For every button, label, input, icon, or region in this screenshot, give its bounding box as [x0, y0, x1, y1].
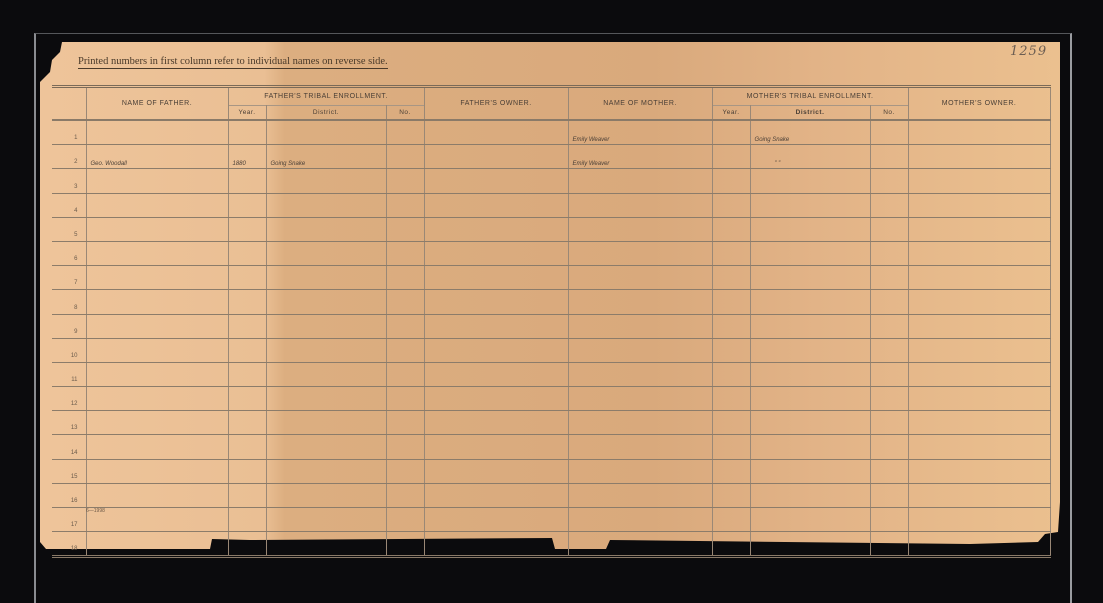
header-fathers-enrollment: FATHER'S TRIBAL ENROLLMENT. — [228, 87, 424, 106]
mother-owner-cell — [908, 483, 1050, 507]
row-number: 9 — [52, 314, 86, 338]
header-fathers-owner: FATHER'S OWNER. — [424, 87, 568, 121]
father-year-cell — [228, 508, 266, 532]
father-owner-cell — [424, 411, 568, 435]
mother-district-cell: Going Snake — [750, 120, 870, 145]
father-year-cell — [228, 217, 266, 241]
father-year-cell — [228, 193, 266, 217]
mother-name-cell — [568, 459, 712, 483]
mother-no-cell — [870, 532, 908, 557]
mother-owner-cell — [908, 120, 1050, 145]
mother-owner-cell — [908, 290, 1050, 314]
father-district-cell — [266, 483, 386, 507]
row-number: 7 — [52, 266, 86, 290]
father-owner-cell — [424, 193, 568, 217]
father-no-cell — [386, 169, 424, 193]
father-year-cell — [228, 266, 266, 290]
mother-year-cell — [712, 411, 750, 435]
mother-no-cell — [870, 362, 908, 386]
father-year-cell — [228, 532, 266, 557]
mother-owner-cell — [908, 411, 1050, 435]
mother-name-cell: Emily Weaver — [568, 145, 712, 169]
father-name-cell — [86, 411, 228, 435]
father-district-cell — [266, 435, 386, 459]
mother-name-cell — [568, 169, 712, 193]
father-no-cell — [386, 290, 424, 314]
father-name-cell — [86, 435, 228, 459]
mother-district-cell — [750, 217, 870, 241]
father-name-cell — [86, 508, 228, 532]
mother-name-cell — [568, 362, 712, 386]
father-owner-cell — [424, 459, 568, 483]
father-year-cell — [228, 483, 266, 507]
mother-year-cell — [712, 532, 750, 557]
father-owner-cell — [424, 241, 568, 265]
mother-no-cell — [870, 459, 908, 483]
row-number: 13 — [52, 411, 86, 435]
mother-owner-cell — [908, 362, 1050, 386]
father-district-cell — [266, 532, 386, 557]
mother-name-cell — [568, 435, 712, 459]
mother-no-cell — [870, 483, 908, 507]
mother-no-cell — [870, 145, 908, 169]
mother-owner-cell — [908, 435, 1050, 459]
father-owner-cell — [424, 362, 568, 386]
table-row: 1Emily WeaverGoing Snake — [52, 120, 1050, 145]
mother-name-cell — [568, 338, 712, 362]
mother-owner-cell — [908, 459, 1050, 483]
mother-year-cell — [712, 435, 750, 459]
mother-year-cell — [712, 459, 750, 483]
mother-year-cell — [712, 362, 750, 386]
father-name-cell: Geo. Woodall — [86, 145, 228, 169]
mother-no-cell — [870, 387, 908, 411]
mother-district-cell — [750, 435, 870, 459]
mother-no-cell — [870, 290, 908, 314]
table-row: 15 — [52, 459, 1050, 483]
mother-year-cell — [712, 266, 750, 290]
table-row: 13 — [52, 411, 1050, 435]
father-year-cell — [228, 411, 266, 435]
mother-name-cell — [568, 314, 712, 338]
father-no-cell — [386, 120, 424, 145]
mother-owner-cell — [908, 169, 1050, 193]
father-name-cell — [86, 266, 228, 290]
mother-owner-cell — [908, 241, 1050, 265]
row-number: 18 — [52, 532, 86, 557]
father-owner-cell — [424, 266, 568, 290]
header-mothers-owner: MOTHER'S OWNER. — [908, 87, 1050, 121]
mother-no-cell — [870, 193, 908, 217]
table-row: 14 — [52, 435, 1050, 459]
father-no-cell — [386, 387, 424, 411]
father-owner-cell — [424, 290, 568, 314]
table-row: 18 — [52, 532, 1050, 557]
mother-owner-cell — [908, 387, 1050, 411]
mother-year-cell — [712, 193, 750, 217]
header-name-of-mother: NAME OF MOTHER. — [568, 87, 712, 121]
mother-year-cell — [712, 241, 750, 265]
father-district-cell — [266, 508, 386, 532]
father-no-cell — [386, 508, 424, 532]
mother-owner-cell — [908, 338, 1050, 362]
mother-no-cell — [870, 169, 908, 193]
mother-district-cell — [750, 169, 870, 193]
father-owner-cell — [424, 387, 568, 411]
father-name-cell — [86, 338, 228, 362]
reverse-side-notice: Printed numbers in first column refer to… — [78, 56, 388, 69]
father-district-cell — [266, 241, 386, 265]
mother-year-cell — [712, 314, 750, 338]
father-name-cell — [86, 532, 228, 557]
row-number: 10 — [52, 338, 86, 362]
father-owner-cell — [424, 169, 568, 193]
enrollment-table: NAME OF FATHER. FATHER'S TRIBAL ENROLLME… — [52, 85, 1051, 558]
mother-name-cell — [568, 483, 712, 507]
father-year-cell — [228, 459, 266, 483]
row-number: 17 — [52, 508, 86, 532]
father-owner-cell — [424, 435, 568, 459]
form-code: 6—1998 — [86, 508, 105, 514]
table-row: 11 — [52, 362, 1050, 386]
mother-name-cell — [568, 217, 712, 241]
header-mother-no: No. — [870, 106, 908, 121]
mother-no-cell — [870, 435, 908, 459]
header-mother-district: District. — [750, 106, 870, 121]
father-year-cell — [228, 241, 266, 265]
table-row: 10 — [52, 338, 1050, 362]
father-district-cell — [266, 387, 386, 411]
mother-name-cell — [568, 387, 712, 411]
mother-no-cell — [870, 120, 908, 145]
father-name-cell — [86, 241, 228, 265]
father-no-cell — [386, 314, 424, 338]
father-no-cell — [386, 362, 424, 386]
father-no-cell — [386, 241, 424, 265]
row-number: 1 — [52, 120, 86, 145]
mother-year-cell — [712, 508, 750, 532]
table-row: 3 — [52, 169, 1050, 193]
table-row: 5 — [52, 217, 1050, 241]
father-year-cell — [228, 314, 266, 338]
father-no-cell — [386, 193, 424, 217]
mother-district-cell — [750, 532, 870, 557]
header-father-year: Year. — [228, 106, 266, 121]
father-district-cell — [266, 120, 386, 145]
mother-owner-cell — [908, 314, 1050, 338]
header-father-district: District. — [266, 106, 386, 121]
row-number: 6 — [52, 241, 86, 265]
mother-district-cell — [750, 483, 870, 507]
table-row: 16 — [52, 483, 1050, 507]
header-mother-year: Year. — [712, 106, 750, 121]
father-name-cell — [86, 483, 228, 507]
father-no-cell — [386, 338, 424, 362]
mother-district-cell — [750, 387, 870, 411]
father-owner-cell — [424, 508, 568, 532]
mother-district-cell — [750, 459, 870, 483]
father-year-cell — [228, 435, 266, 459]
mother-year-cell — [712, 387, 750, 411]
father-year-cell — [228, 290, 266, 314]
table-row: 4 — [52, 193, 1050, 217]
mother-no-cell — [870, 508, 908, 532]
father-district-cell — [266, 290, 386, 314]
father-owner-cell — [424, 338, 568, 362]
header-name-of-father: NAME OF FATHER. — [86, 87, 228, 121]
father-year-cell — [228, 120, 266, 145]
mother-no-cell — [870, 266, 908, 290]
row-number: 8 — [52, 290, 86, 314]
mother-no-cell — [870, 338, 908, 362]
father-no-cell — [386, 266, 424, 290]
table-row: 2Geo. Woodall1880Going SnakeEmily Weaver… — [52, 145, 1050, 169]
mother-owner-cell — [908, 145, 1050, 169]
father-year-cell — [228, 169, 266, 193]
father-no-cell — [386, 145, 424, 169]
mother-year-cell — [712, 217, 750, 241]
father-owner-cell — [424, 314, 568, 338]
father-owner-cell — [424, 532, 568, 557]
father-name-cell — [86, 169, 228, 193]
mother-name-cell — [568, 266, 712, 290]
father-district-cell — [266, 362, 386, 386]
father-no-cell — [386, 217, 424, 241]
mother-year-cell — [712, 145, 750, 169]
row-number-header — [52, 87, 86, 121]
mother-owner-cell — [908, 532, 1050, 557]
father-district-cell — [266, 217, 386, 241]
mother-district-cell — [750, 241, 870, 265]
father-name-cell — [86, 290, 228, 314]
mother-owner-cell — [908, 508, 1050, 532]
mother-no-cell — [870, 217, 908, 241]
header-mothers-enrollment: MOTHER'S TRIBAL ENROLLMENT. — [712, 87, 908, 106]
table-row: 17 — [52, 508, 1050, 532]
table-row: 8 — [52, 290, 1050, 314]
table-row: 12 — [52, 387, 1050, 411]
mother-district-cell — [750, 314, 870, 338]
mother-no-cell — [870, 314, 908, 338]
mother-district-cell — [750, 338, 870, 362]
father-name-cell — [86, 314, 228, 338]
mother-district-cell: ” ” — [750, 145, 870, 169]
row-number: 11 — [52, 362, 86, 386]
header-father-no: No. — [386, 106, 424, 121]
father-year-cell: 1880 — [228, 145, 266, 169]
mother-district-cell — [750, 193, 870, 217]
mother-district-cell — [750, 508, 870, 532]
father-no-cell — [386, 435, 424, 459]
mother-owner-cell — [908, 266, 1050, 290]
father-owner-cell — [424, 483, 568, 507]
father-name-cell — [86, 217, 228, 241]
mother-name-cell — [568, 193, 712, 217]
mother-year-cell — [712, 338, 750, 362]
father-district-cell — [266, 169, 386, 193]
mother-name-cell — [568, 532, 712, 557]
father-district-cell: Going Snake — [266, 145, 386, 169]
mother-owner-cell — [908, 217, 1050, 241]
mother-name-cell — [568, 508, 712, 532]
father-owner-cell — [424, 217, 568, 241]
father-owner-cell — [424, 145, 568, 169]
father-year-cell — [228, 362, 266, 386]
mother-year-cell — [712, 290, 750, 314]
mother-district-cell — [750, 290, 870, 314]
father-district-cell — [266, 193, 386, 217]
table-row: 6 — [52, 241, 1050, 265]
mother-district-cell — [750, 266, 870, 290]
row-number: 2 — [52, 145, 86, 169]
father-district-cell — [266, 266, 386, 290]
row-number: 4 — [52, 193, 86, 217]
father-district-cell — [266, 314, 386, 338]
father-no-cell — [386, 483, 424, 507]
row-number: 12 — [52, 387, 86, 411]
table-row: 7 — [52, 266, 1050, 290]
father-name-cell — [86, 193, 228, 217]
father-no-cell — [386, 411, 424, 435]
table-row: 9 — [52, 314, 1050, 338]
row-number: 14 — [52, 435, 86, 459]
father-name-cell — [86, 459, 228, 483]
mother-year-cell — [712, 169, 750, 193]
serial-number: 1259 — [1010, 44, 1047, 59]
mother-year-cell — [712, 483, 750, 507]
row-number: 3 — [52, 169, 86, 193]
mother-name-cell — [568, 290, 712, 314]
mother-name-cell: Emily Weaver — [568, 120, 712, 145]
mother-no-cell — [870, 411, 908, 435]
mother-name-cell — [568, 241, 712, 265]
father-name-cell — [86, 120, 228, 145]
father-name-cell — [86, 387, 228, 411]
father-owner-cell — [424, 120, 568, 145]
mother-year-cell — [712, 120, 750, 145]
mother-owner-cell — [908, 193, 1050, 217]
mother-no-cell — [870, 241, 908, 265]
mother-name-cell — [568, 411, 712, 435]
father-district-cell — [266, 338, 386, 362]
row-number: 5 — [52, 217, 86, 241]
father-year-cell — [228, 387, 266, 411]
father-no-cell — [386, 459, 424, 483]
father-no-cell — [386, 532, 424, 557]
father-year-cell — [228, 338, 266, 362]
father-name-cell — [86, 362, 228, 386]
father-district-cell — [266, 411, 386, 435]
mother-district-cell — [750, 362, 870, 386]
mother-district-cell — [750, 411, 870, 435]
row-number: 15 — [52, 459, 86, 483]
father-district-cell — [266, 459, 386, 483]
row-number: 16 — [52, 483, 86, 507]
